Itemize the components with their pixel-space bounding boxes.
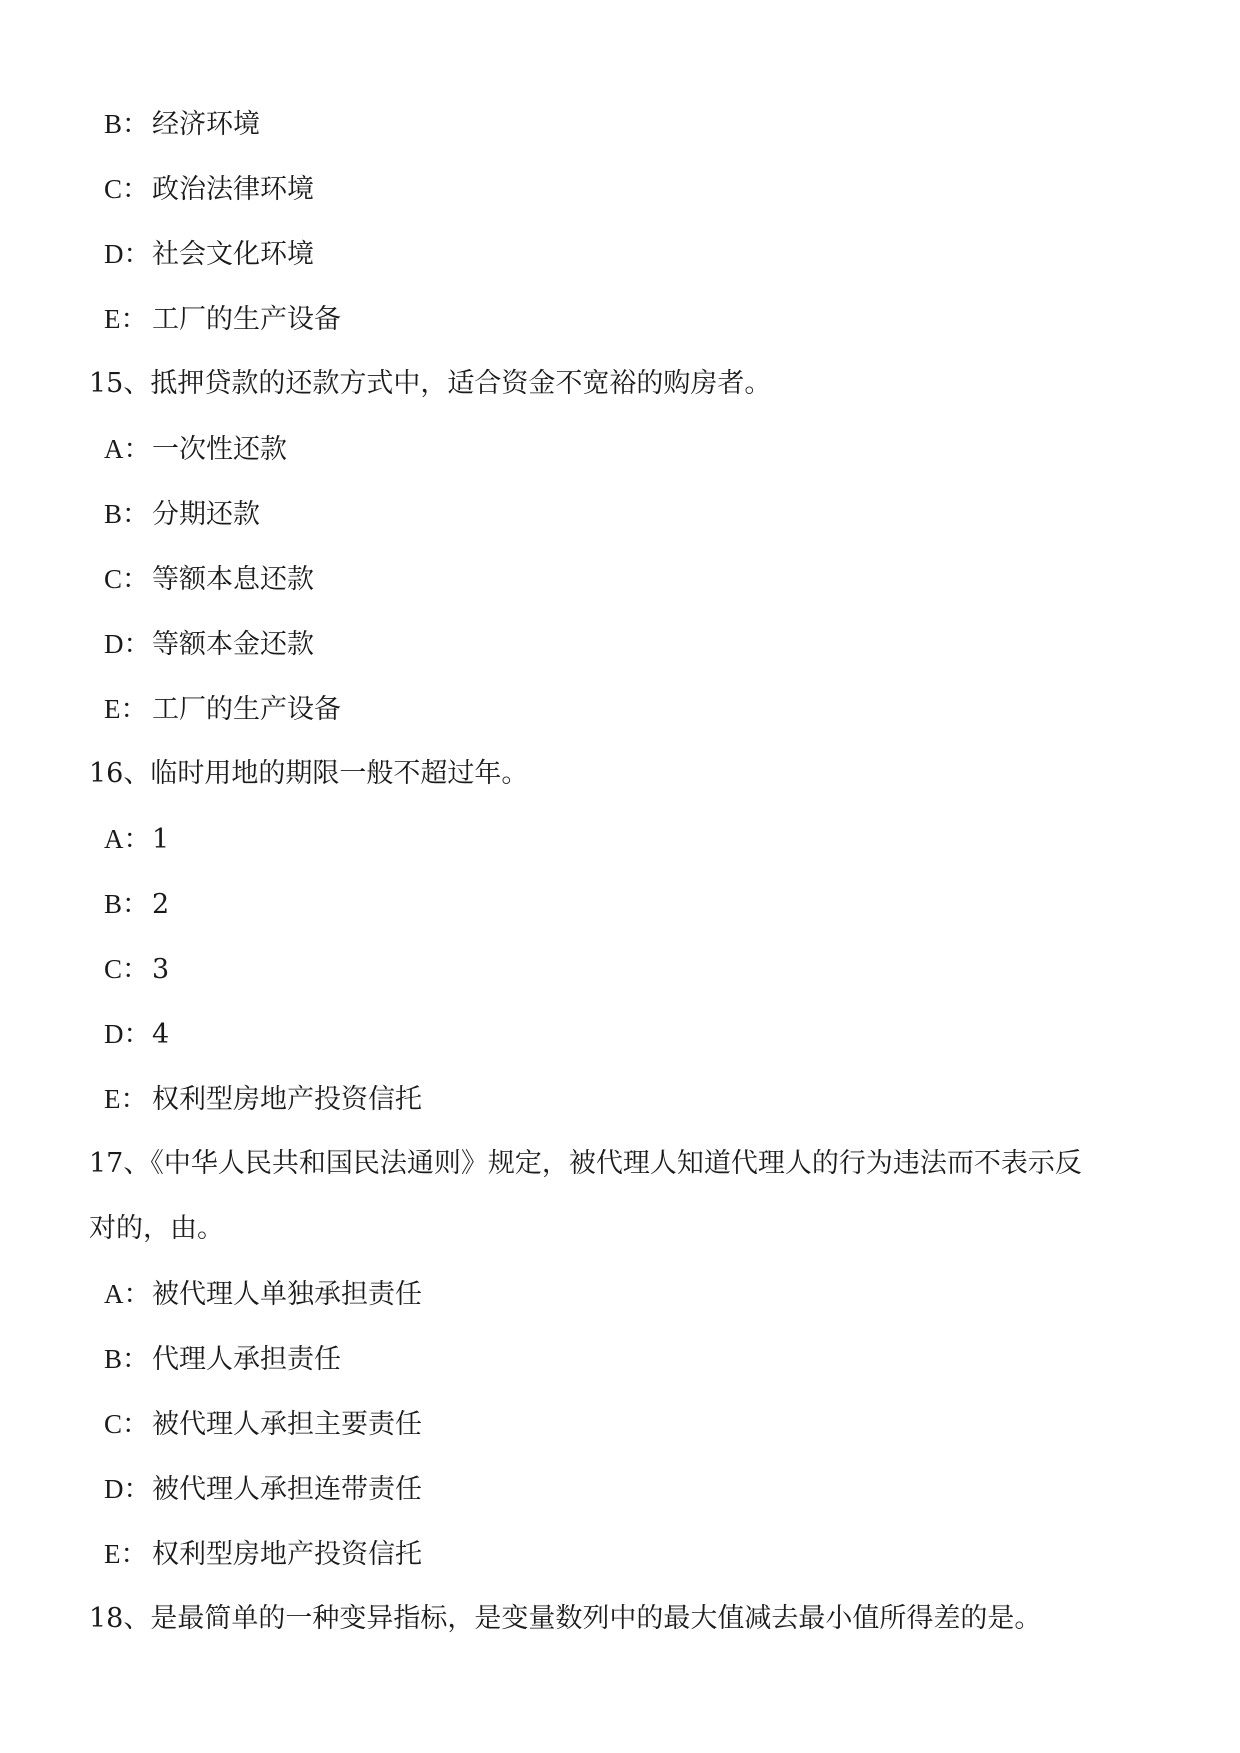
option-text: 政治法律环境 [152,174,314,205]
option-label: D： [104,1017,152,1051]
answer-option: D：社会文化环境 [104,237,314,272]
option-text: 等额本息还款 [152,564,314,595]
answer-option: B：代理人承担责任 [104,1342,341,1377]
option-label: E： [104,692,152,726]
option-label: C： [104,172,152,206]
answer-option: C：被代理人承担主要责任 [104,1407,422,1442]
option-label: B： [104,497,152,531]
option-label: E： [104,302,152,336]
option-label: E： [104,1082,152,1116]
answer-option: E：工厂的生产设备 [104,692,341,727]
option-label: B： [104,887,152,921]
option-label: B： [104,1342,152,1376]
answer-option: A：被代理人单独承担责任 [104,1277,422,1312]
option-label: D： [104,1472,152,1506]
answer-option: C：等额本息还款 [104,562,314,597]
option-text: 4 [152,1019,169,1050]
answer-option: E：工厂的生产设备 [104,302,341,337]
option-label: B： [104,107,152,141]
answer-option: D：4 [104,1017,169,1052]
option-text: 被代理人单独承担责任 [152,1279,422,1310]
question-text: 18、是最简单的一种变异指标，是变量数列中的最大值减去最小值所得差的是。 [89,1602,1041,1636]
question-text: 15、抵押贷款的还款方式中，适合资金不宽裕的购房者。 [89,367,771,401]
option-text: 工厂的生产设备 [152,694,341,725]
option-label: D： [104,237,152,271]
option-label: C： [104,952,152,986]
question-text: 对的，由。 [89,1212,224,1246]
option-label: A： [104,822,152,856]
option-text: 被代理人承担连带责任 [152,1474,422,1505]
answer-option: D：被代理人承担连带责任 [104,1472,422,1507]
answer-option: B：经济环境 [104,107,260,142]
option-text: 工厂的生产设备 [152,304,341,335]
option-text: 被代理人承担主要责任 [152,1409,422,1440]
option-label: C： [104,1407,152,1441]
option-label: D： [104,627,152,661]
option-label: A： [104,432,152,466]
option-text: 分期还款 [152,499,260,530]
option-text: 权利型房地产投资信托 [152,1084,422,1115]
answer-option: C：政治法律环境 [104,172,314,207]
answer-option: A：1 [104,822,169,857]
option-label: C： [104,562,152,596]
answer-option: B：分期还款 [104,497,260,532]
answer-option: C：3 [104,952,169,987]
answer-option: E：权利型房地产投资信托 [104,1537,422,1572]
question-text: 17、《中华人民共和国民法通则》规定，被代理人知道代理人的行为违法而不表示反 [89,1147,1082,1181]
answer-option: D：等额本金还款 [104,627,314,662]
option-text: 等额本金还款 [152,629,314,660]
answer-option: A：一次性还款 [104,432,287,467]
answer-option: E：权利型房地产投资信托 [104,1082,422,1117]
option-label: E： [104,1537,152,1571]
option-text: 1 [152,824,169,855]
option-text: 2 [152,889,169,920]
option-label: A： [104,1277,152,1311]
question-text: 16、临时用地的期限一般不超过年。 [89,757,528,791]
option-text: 3 [152,954,169,985]
option-text: 一次性还款 [152,434,287,465]
option-text: 社会文化环境 [152,239,314,270]
option-text: 代理人承担责任 [152,1344,341,1375]
answer-option: B：2 [104,887,169,922]
option-text: 经济环境 [152,109,260,140]
option-text: 权利型房地产投资信托 [152,1539,422,1570]
